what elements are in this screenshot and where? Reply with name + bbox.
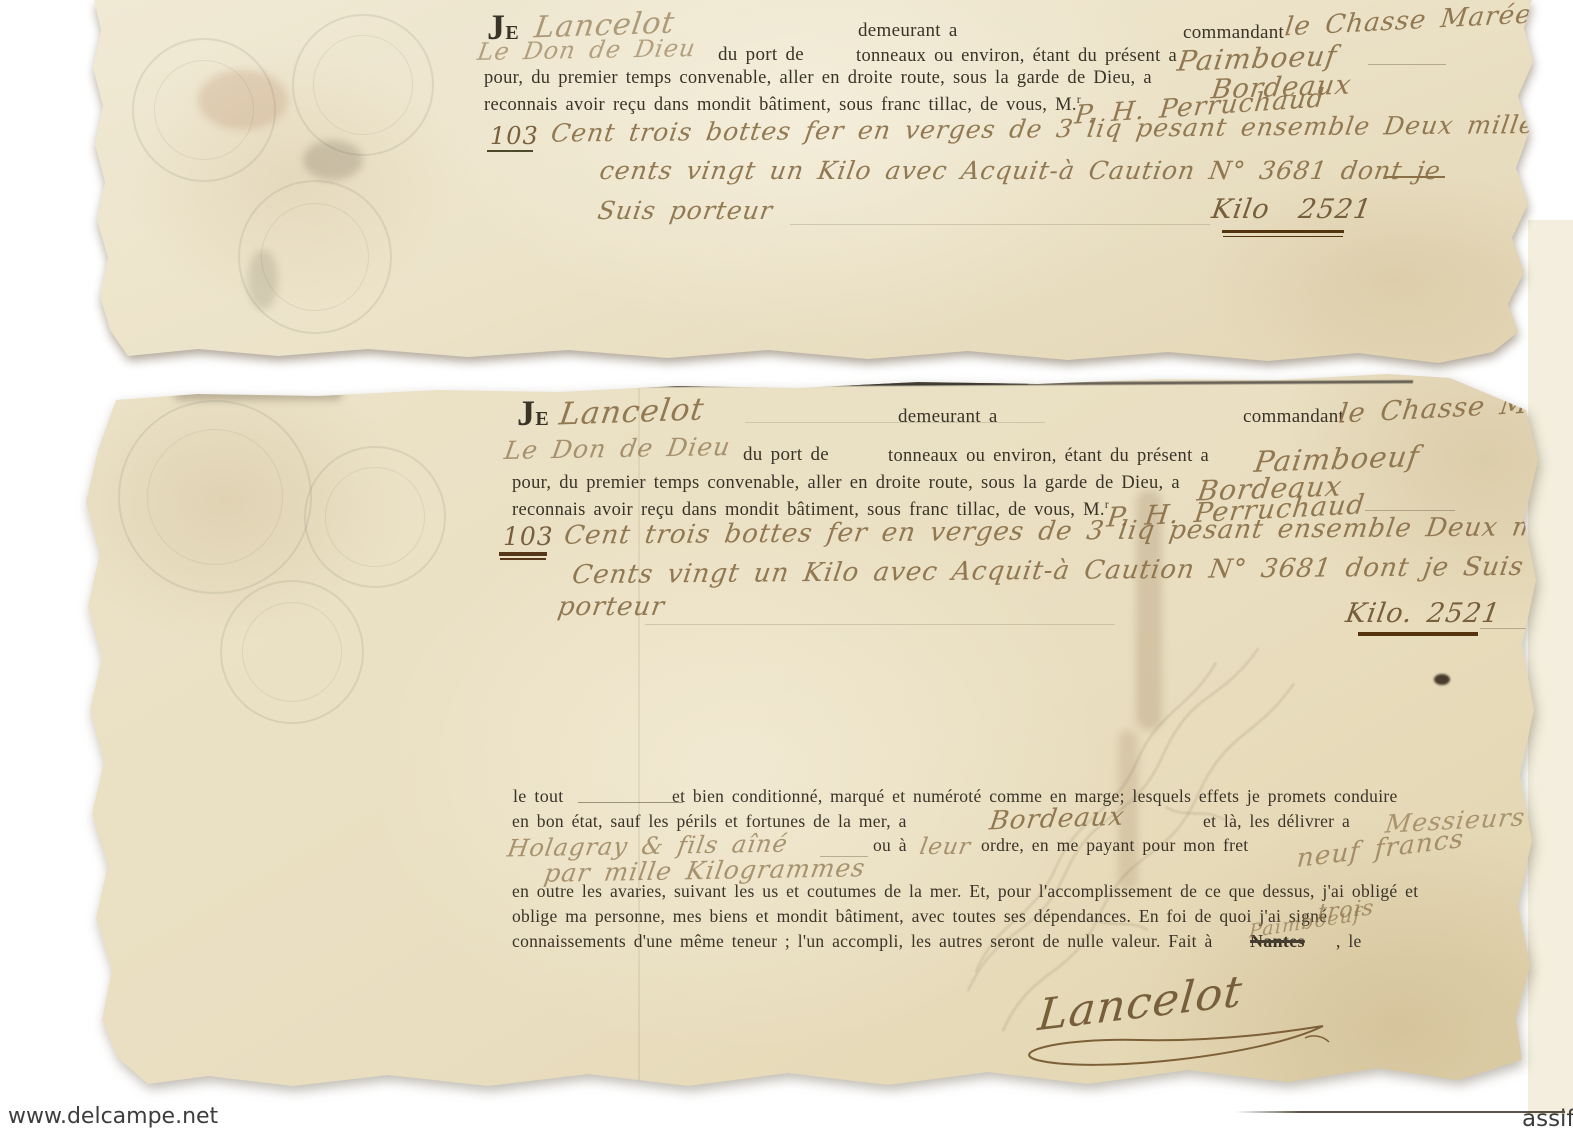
scanned-documents-background: JE Lancelot demeurant a commandant le Ch… — [0, 0, 1573, 1131]
cargo-line-3: Suis porteur — [596, 196, 775, 225]
le-suffix: , le — [1336, 931, 1362, 952]
red-ink-trace — [198, 70, 288, 130]
deliver-clause: et là, les délivrer a — [1203, 811, 1350, 832]
oblige-clause: oblige ma personne, mes biens et mondit … — [512, 906, 1327, 927]
vessel-type: le Chasse Marée — [1283, 0, 1533, 42]
ou-a-label: ou à — [873, 835, 907, 856]
faint-seal-stamp — [118, 400, 312, 594]
cargo-line-2: cents vingt un Kilo avec Acquit-à Cautio… — [598, 156, 1443, 185]
residence-label: demeurant a — [858, 20, 958, 42]
marks-number: 103 — [490, 122, 539, 150]
weight-underline — [1222, 230, 1344, 233]
ink-speckle — [303, 140, 363, 180]
marks-underline — [499, 552, 547, 556]
avaries-clause: en outre les avaries, suivant les us et … — [512, 881, 1418, 902]
ink-speckle — [248, 250, 278, 310]
paper-sheet: JE Lancelot demeurant a commandant le Ch… — [88, 0, 1538, 398]
destination-value-2: Bordeaux — [988, 802, 1127, 837]
receipt-clause: reconnais avoir reçu dans mondit bâtimen… — [484, 94, 1081, 116]
marks-number: 103 — [503, 522, 554, 551]
route-clause: pour, du premier temps convenable, aller… — [512, 473, 1180, 494]
watermark-corner: assif — [1522, 1106, 1573, 1131]
je-initial: JE — [517, 392, 549, 434]
cargo-line-3: porteur — [556, 592, 667, 622]
leur-value: leur — [918, 834, 973, 860]
blank-line — [745, 422, 1045, 423]
bill-of-lading-top: JE Lancelot demeurant a commandant le Ch… — [88, 0, 1538, 398]
back-sheet-edge-line — [1235, 1111, 1565, 1113]
faint-seal-stamp — [220, 580, 364, 724]
vessel-name: Le Don de Dieu — [502, 432, 732, 465]
weight-entry: Kilo. 2521 — [1344, 598, 1503, 629]
port-of-label: du port de — [718, 44, 804, 66]
hand-dash — [1385, 176, 1445, 178]
port-of-label: du port de — [743, 444, 829, 466]
residence-label: demeurant a — [898, 406, 998, 428]
ink-blob — [1434, 674, 1450, 685]
paper-sheet: JE Lancelot demeurant a commandant le Ch… — [78, 370, 1543, 1098]
blank-line — [645, 624, 1115, 625]
cargo-line-2: Cents vingt un Kilo avec Acquit-à Cautio… — [570, 552, 1526, 590]
blank-line — [1365, 510, 1455, 511]
faint-seal-stamp — [292, 14, 434, 156]
watermark-site: www.delcampe.net — [8, 1104, 218, 1129]
blank-line — [578, 802, 683, 803]
blank-line — [790, 224, 1210, 225]
route-clause: pour, du premier temps convenable, aller… — [484, 68, 1152, 89]
signature-flourish — [1013, 1018, 1343, 1078]
vessel-name: Le Don de Dieu — [475, 34, 697, 66]
commander-label: commandant — [1243, 406, 1344, 428]
tonnage-clause: tonneaux ou environ, étant du présent a — [888, 446, 1209, 467]
blank-line — [1480, 628, 1530, 629]
weight-entry: Kilo 2521 — [1210, 194, 1375, 225]
weight-underline — [1358, 632, 1478, 636]
blank-line — [1368, 64, 1446, 65]
bill-of-lading-bottom: JE Lancelot demeurant a commandant le Ch… — [78, 370, 1543, 1098]
faint-seal-stamp — [304, 446, 446, 588]
good-state-clause: en bon état, sauf les périls et fortunes… — [512, 811, 907, 832]
marks-underline — [487, 150, 533, 152]
tonnage-clause: tonneaux ou environ, étant du présent a — [856, 46, 1177, 67]
ordre-clause: ordre, en me payant pour mon fret — [981, 835, 1248, 856]
connaissements-clause: connaissements d'une même teneur ; l'un … — [512, 931, 1213, 952]
le-tout-label: le tout — [513, 786, 564, 807]
